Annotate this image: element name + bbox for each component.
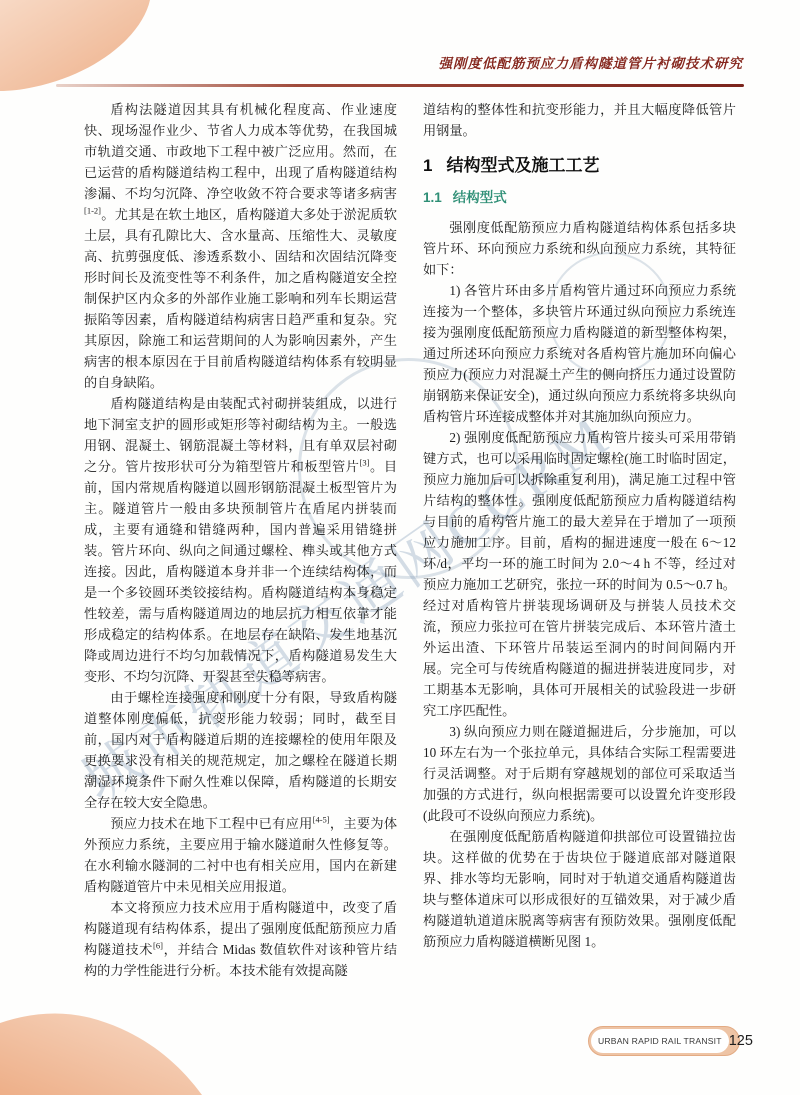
subsection-heading: 1.1结构型式 [423,188,736,208]
paragraph: 盾构隧道结构是由装配式衬砌拼装组成，以进行地下洞室支护的圆形或矩形等衬砌结构为主… [84,393,397,687]
footer-page-badge: URBAN RAPID RAIL TRANSIT 125 [588,1026,740,1056]
paragraph: 本文将预应力技术应用于盾构隧道中，改变了盾构隧道现有结构体系，提出了强刚度低配筋… [84,897,397,981]
body-columns: 盾构法隧道因其具有机械化程度高、作业速度快、现场湿作业少、节省人力成本等优势，在… [84,99,736,981]
decorative-swoosh-bottom-left-icon [0,993,202,1095]
paragraph: 在强刚度低配筋盾构隧道仰拱部位可设置锚拉齿块。这样做的优势在于齿块位于隧道底部对… [423,826,736,952]
section-number: 1 [423,156,432,175]
running-title: 强刚度低配筋预应力盾构隧道管片衬砌技术研究 [439,52,744,72]
paper-page: 城市轨道交通网CCRM 强刚度低配筋预应力盾构隧道管片衬砌技术研究 盾构法隧道因… [0,0,800,1095]
paragraph: 3) 纵向预应力则在隧道掘进后，分步施加，可以 10 环左右为一个张拉单元，具体… [423,721,736,826]
section-heading: 1结构型式及施工工艺 [423,154,736,178]
header-rule [56,84,744,87]
right-column: 道结构的整体性和抗变形能力，并且大幅度降低管片用钢量。 1结构型式及施工工艺 1… [423,99,736,981]
paragraph: 预应力技术在地下工程中已有应用[4-5]，主要为体外预应力系统，主要应用于输水隧… [84,813,397,897]
paragraph-continuation: 道结构的整体性和抗变形能力，并且大幅度降低管片用钢量。 [423,99,736,141]
subsection-number: 1.1 [423,190,442,205]
paragraph: 2) 强刚度低配筋预应力盾构管片接头可采用带销键方式，也可以采用临时固定螺栓(施… [423,427,736,721]
paragraph: 1) 各管片环由多片盾构管片通过环向预应力系统连接为一个整体，多块管片环通过纵向… [423,280,736,427]
left-column: 盾构法隧道因其具有机械化程度高、作业速度快、现场湿作业少、节省人力成本等优势，在… [84,99,397,981]
paragraph: 强刚度低配筋预应力盾构隧道结构体系包括多块管片环、环向预应力系统和纵向预应力系统… [423,217,736,280]
journal-name-en: URBAN RAPID RAIL TRANSIT [591,1029,729,1053]
page-number: 125 [729,1033,753,1049]
paragraph: 由于螺栓连接强度和刚度十分有限，导致盾构隧道整体刚度偏低，抗变形能力较弱；同时，… [84,687,397,813]
subsection-title: 结构型式 [453,190,507,205]
paragraph: 盾构法隧道因其具有机械化程度高、作业速度快、现场湿作业少、节省人力成本等优势，在… [84,99,397,393]
section-title: 结构型式及施工工艺 [446,156,599,175]
